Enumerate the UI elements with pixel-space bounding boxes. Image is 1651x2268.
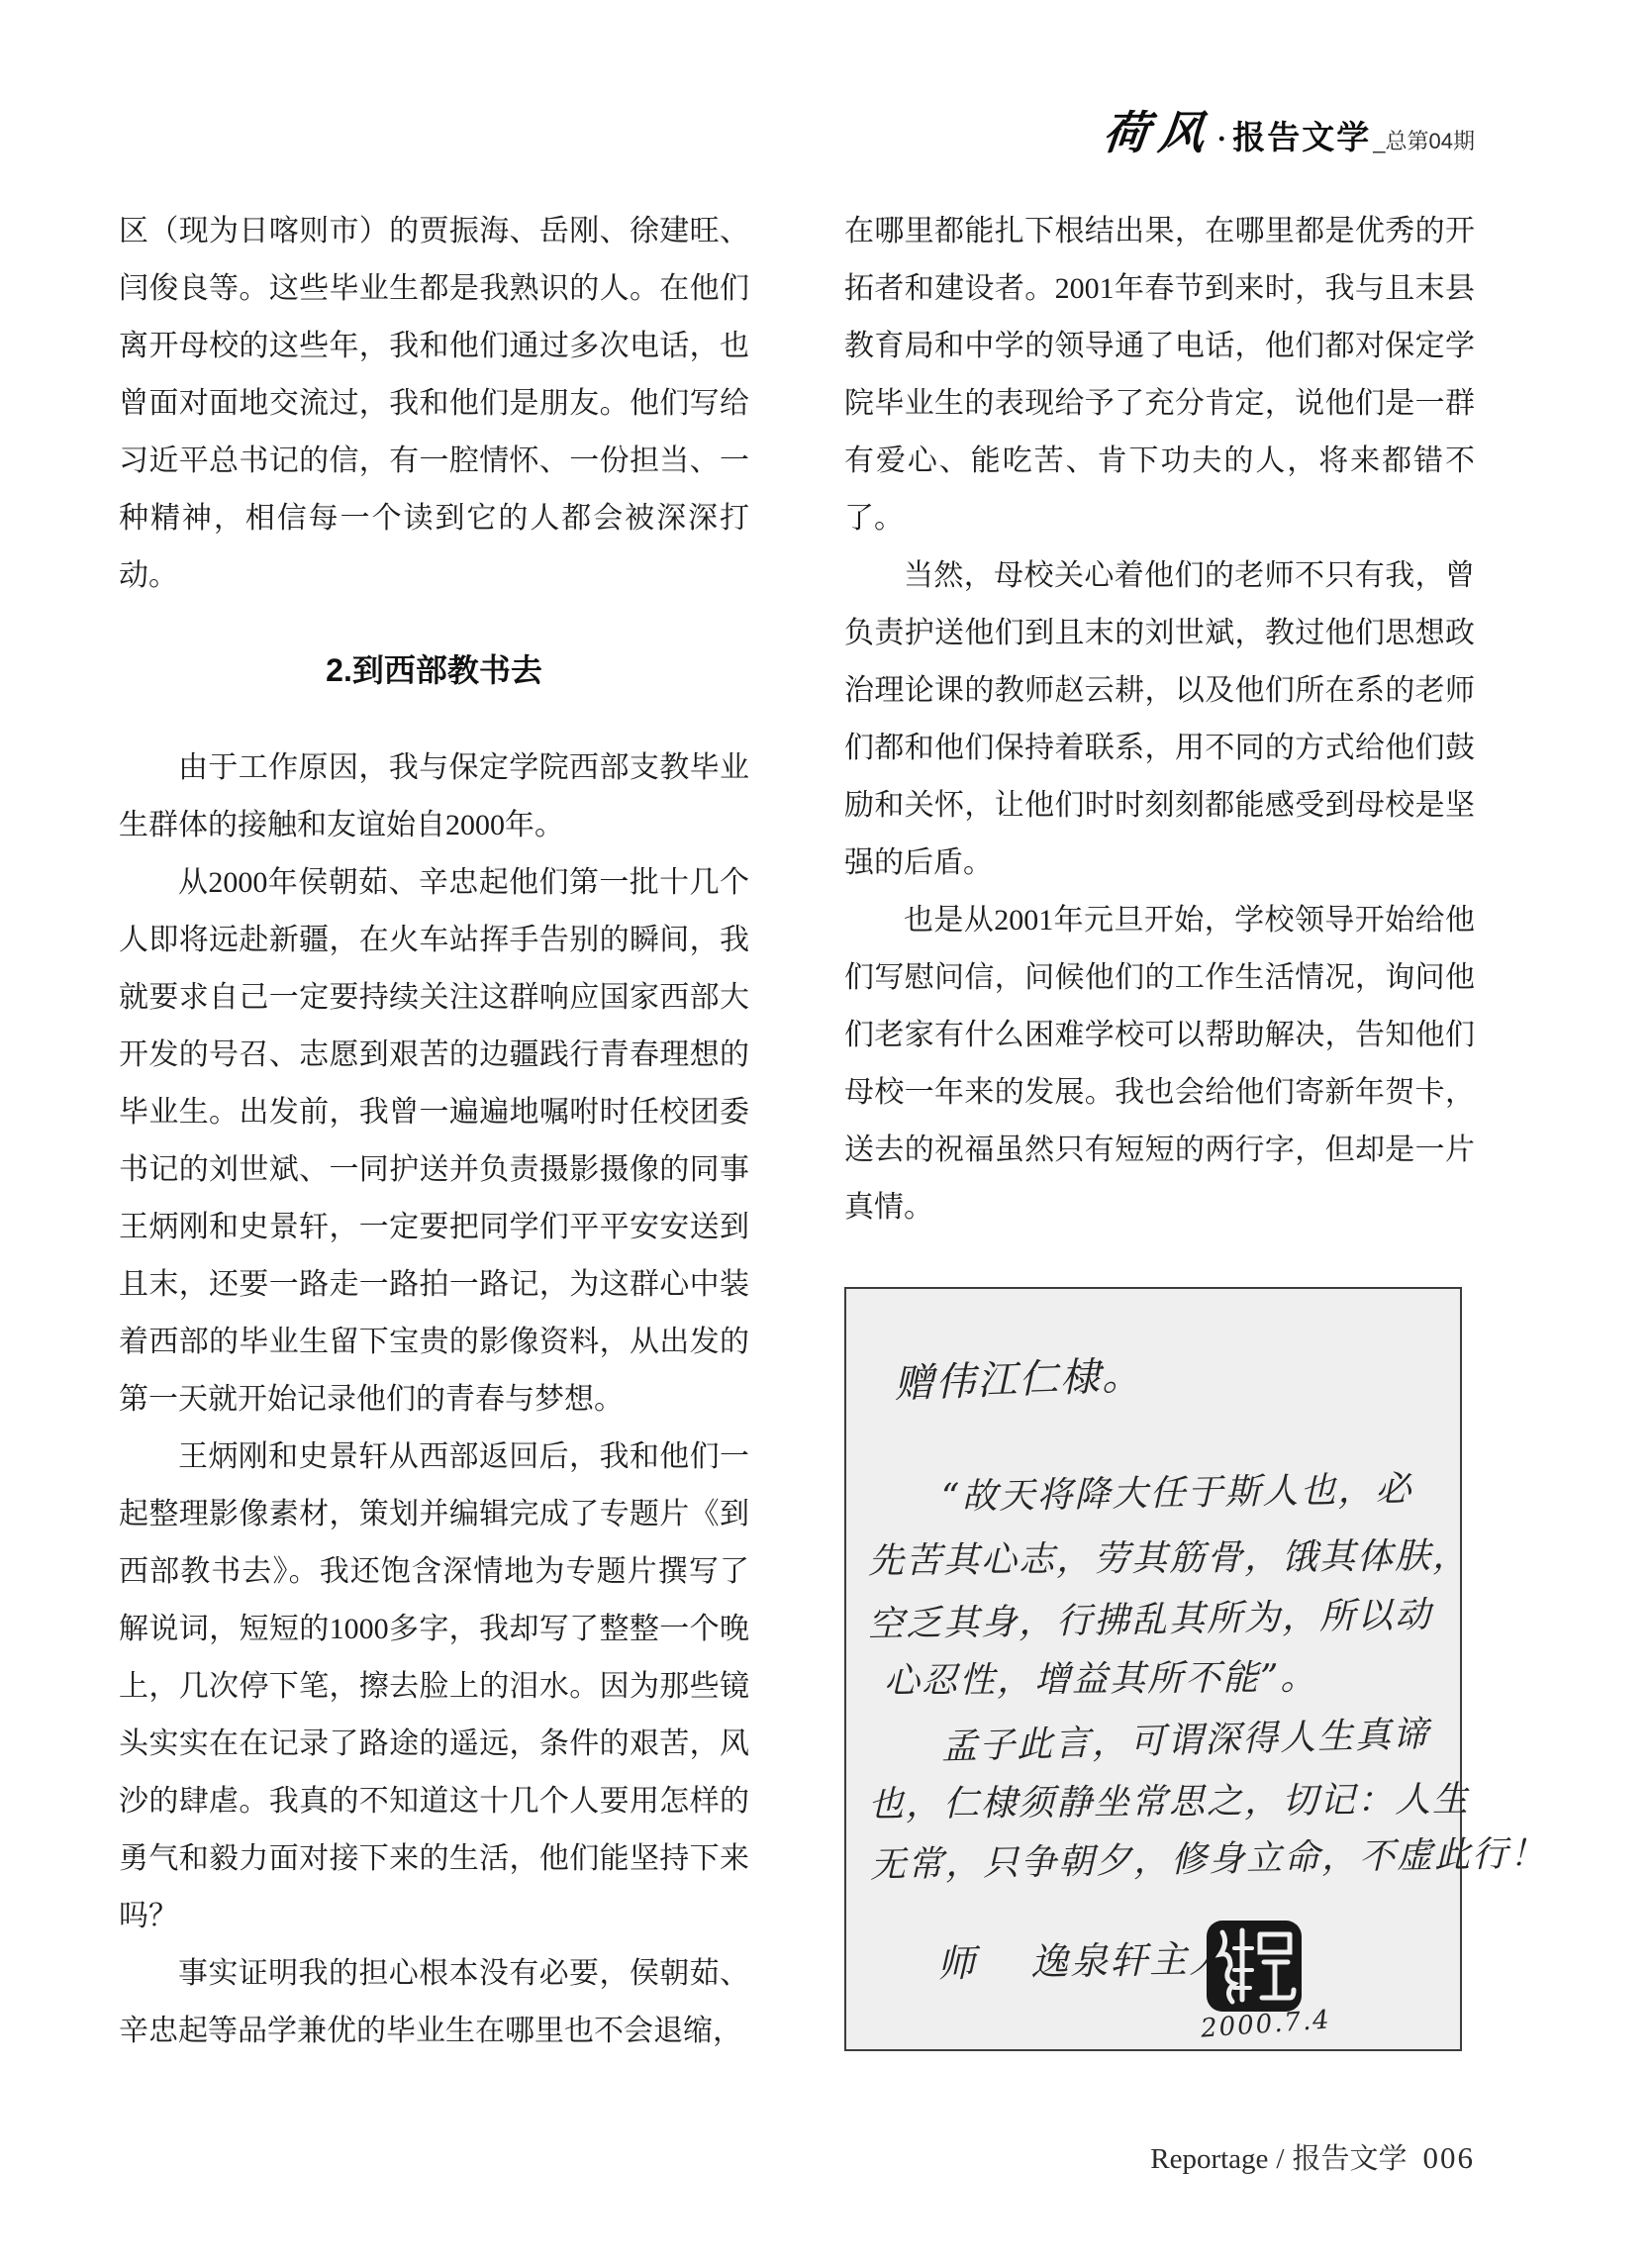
magazine-name-calligraphy: 荷风 (1101, 97, 1218, 162)
left-text-column: 区（现为日喀则市）的贾振海、岳刚、徐建旺、闫俊良等。这些毕业生都是我熟识的人。在… (119, 203, 749, 2060)
footer-label-en: Reportage (1150, 2143, 1268, 2176)
footer-label-zh: 报告文学 (1292, 2136, 1407, 2177)
page-header: 荷风 · 报告文学 _总第04期 (1104, 97, 1475, 162)
note-line: 无常，只争朝夕，修身立命，不虚此行！ (870, 1825, 1548, 1888)
right-text-column: 在哪里都能扎下根结出果，在哪里都是优秀的开拓者和建设者。2001年春节到来时，我… (844, 203, 1475, 1236)
paragraph: 当然，母校关心着他们的老师不只有我，曾负责护送他们到且末的刘世斌，教过他们思想政… (844, 547, 1475, 892)
header-section-title: 报告文学 (1232, 112, 1371, 158)
paragraph: 王炳刚和史景轩从西部返回后，我和他们一起整理影像素材，策划并编辑完成了专题片《到… (119, 1429, 749, 1945)
page-footer: Reportage / 报告文学 006 (1150, 2136, 1475, 2177)
signature-prefix: 师 (937, 1941, 978, 1986)
header-issue-number: _总第04期 (1373, 125, 1475, 155)
note-line: 空乏其身，行拂乱其所为，所以动 (868, 1587, 1433, 1647)
paragraph: 事实证明我的担心根本没有必要，侯朝茹、辛忠起等品学兼优的毕业生在哪里也不会退缩， (119, 1945, 749, 2060)
note-line: 先苦其心志，劳其筋骨，饿其体肤， (868, 1528, 1470, 1583)
handwritten-note-photo: 赠伟江仁棣。 “故天将降大任于斯人也，必 先苦其心志，劳其筋骨，饿其体肤， 空乏… (844, 1287, 1462, 2051)
signature-name: 逸泉轩主人 (1030, 1936, 1229, 1983)
paragraph: 由于工作原因，我与保定学院西部支教毕业生群体的接触和友谊始自2000年。 (119, 740, 749, 854)
paragraph: 从2000年侯朝茹、辛忠起他们第一批十几个人即将远赴新疆，在火车站挥手告别的瞬间… (119, 854, 749, 1429)
footer-separator: / (1276, 2143, 1284, 2176)
seal-stamp-icon (1205, 1919, 1304, 2014)
note-signature: 师 逸泉轩主人 (937, 1927, 1229, 1987)
page-number: 006 (1423, 2140, 1476, 2176)
note-line: 心忍性，增益其所不能”。 (884, 1649, 1318, 1704)
magazine-page: 荷风 · 报告文学 _总第04期 区（现为日喀则市）的贾振海、岳刚、徐建旺、闫俊… (0, 0, 1651, 2268)
paragraph: 也是从2001年元旦开始，学校领导开始给他们写慰问信，问候他们的工作生活情况，询… (844, 892, 1475, 1236)
note-line: 也，仁棣须静坐常思之，切记：人生 (868, 1771, 1470, 1826)
note-line: 孟子此言，可谓深得人生真谛 (940, 1707, 1430, 1770)
header-dot-separator: · (1216, 123, 1226, 156)
paragraph-continuation: 区（现为日喀则市）的贾振海、岳刚、徐建旺、闫俊良等。这些毕业生都是我熟识的人。在… (119, 203, 749, 605)
note-line: 赠伟江仁棣。 (893, 1344, 1144, 1410)
note-line: “故天将降大任于斯人也，必 (941, 1461, 1413, 1520)
paragraph-continuation: 在哪里都能扎下根结出果，在哪里都是优秀的开拓者和建设者。2001年春节到来时，我… (844, 203, 1475, 547)
section-heading: 2.到西部教书去 (119, 650, 749, 690)
